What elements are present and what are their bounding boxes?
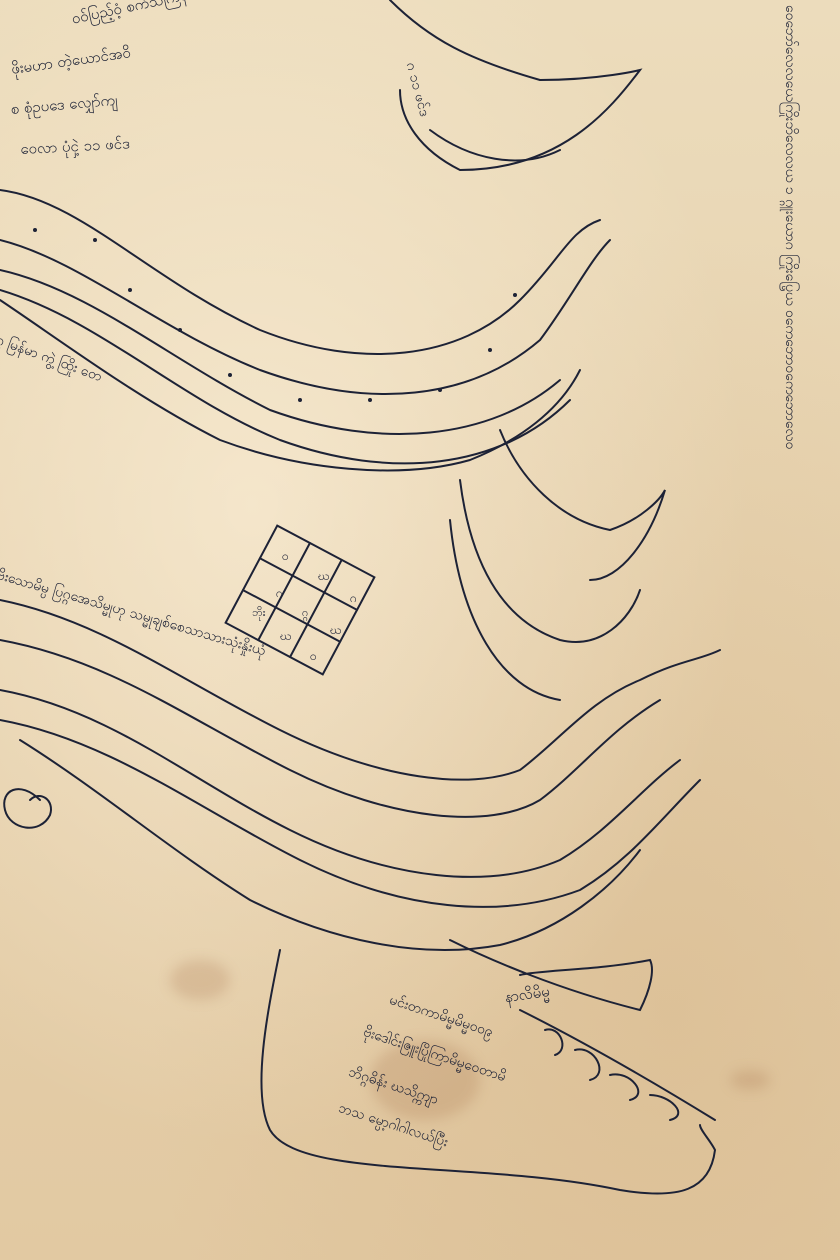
- magic-square-cell: ဂ: [276, 585, 283, 603]
- magic-square-cell: ဝ: [310, 648, 317, 666]
- magic-square-cell: ဂ္ဂ: [302, 606, 308, 622]
- magic-square-cell: ဘိုး: [252, 606, 265, 622]
- creature-drawing: [0, 0, 840, 1260]
- magic-square-cell: ဃ: [330, 622, 342, 640]
- right-margin-column: ဝေဘော်လေလယေကြိုးဘိလေလယ ၁ ဂ္ဂူးယောဂ ကြိုး…: [779, 5, 800, 449]
- magic-square-cell: ဃ: [318, 568, 330, 586]
- magic-square-cell: ဂ: [350, 590, 357, 608]
- manuscript-page: ဝ ဃ ဂ ဂ ဂ္ဂ ဃ ဘိုး ဃ ဝ ဝဝ်ပြည့်ဝံ့ စက်သင…: [0, 0, 840, 1260]
- magic-square-cell: ဃ: [280, 628, 292, 646]
- magic-square-cell: ဝ: [282, 548, 289, 566]
